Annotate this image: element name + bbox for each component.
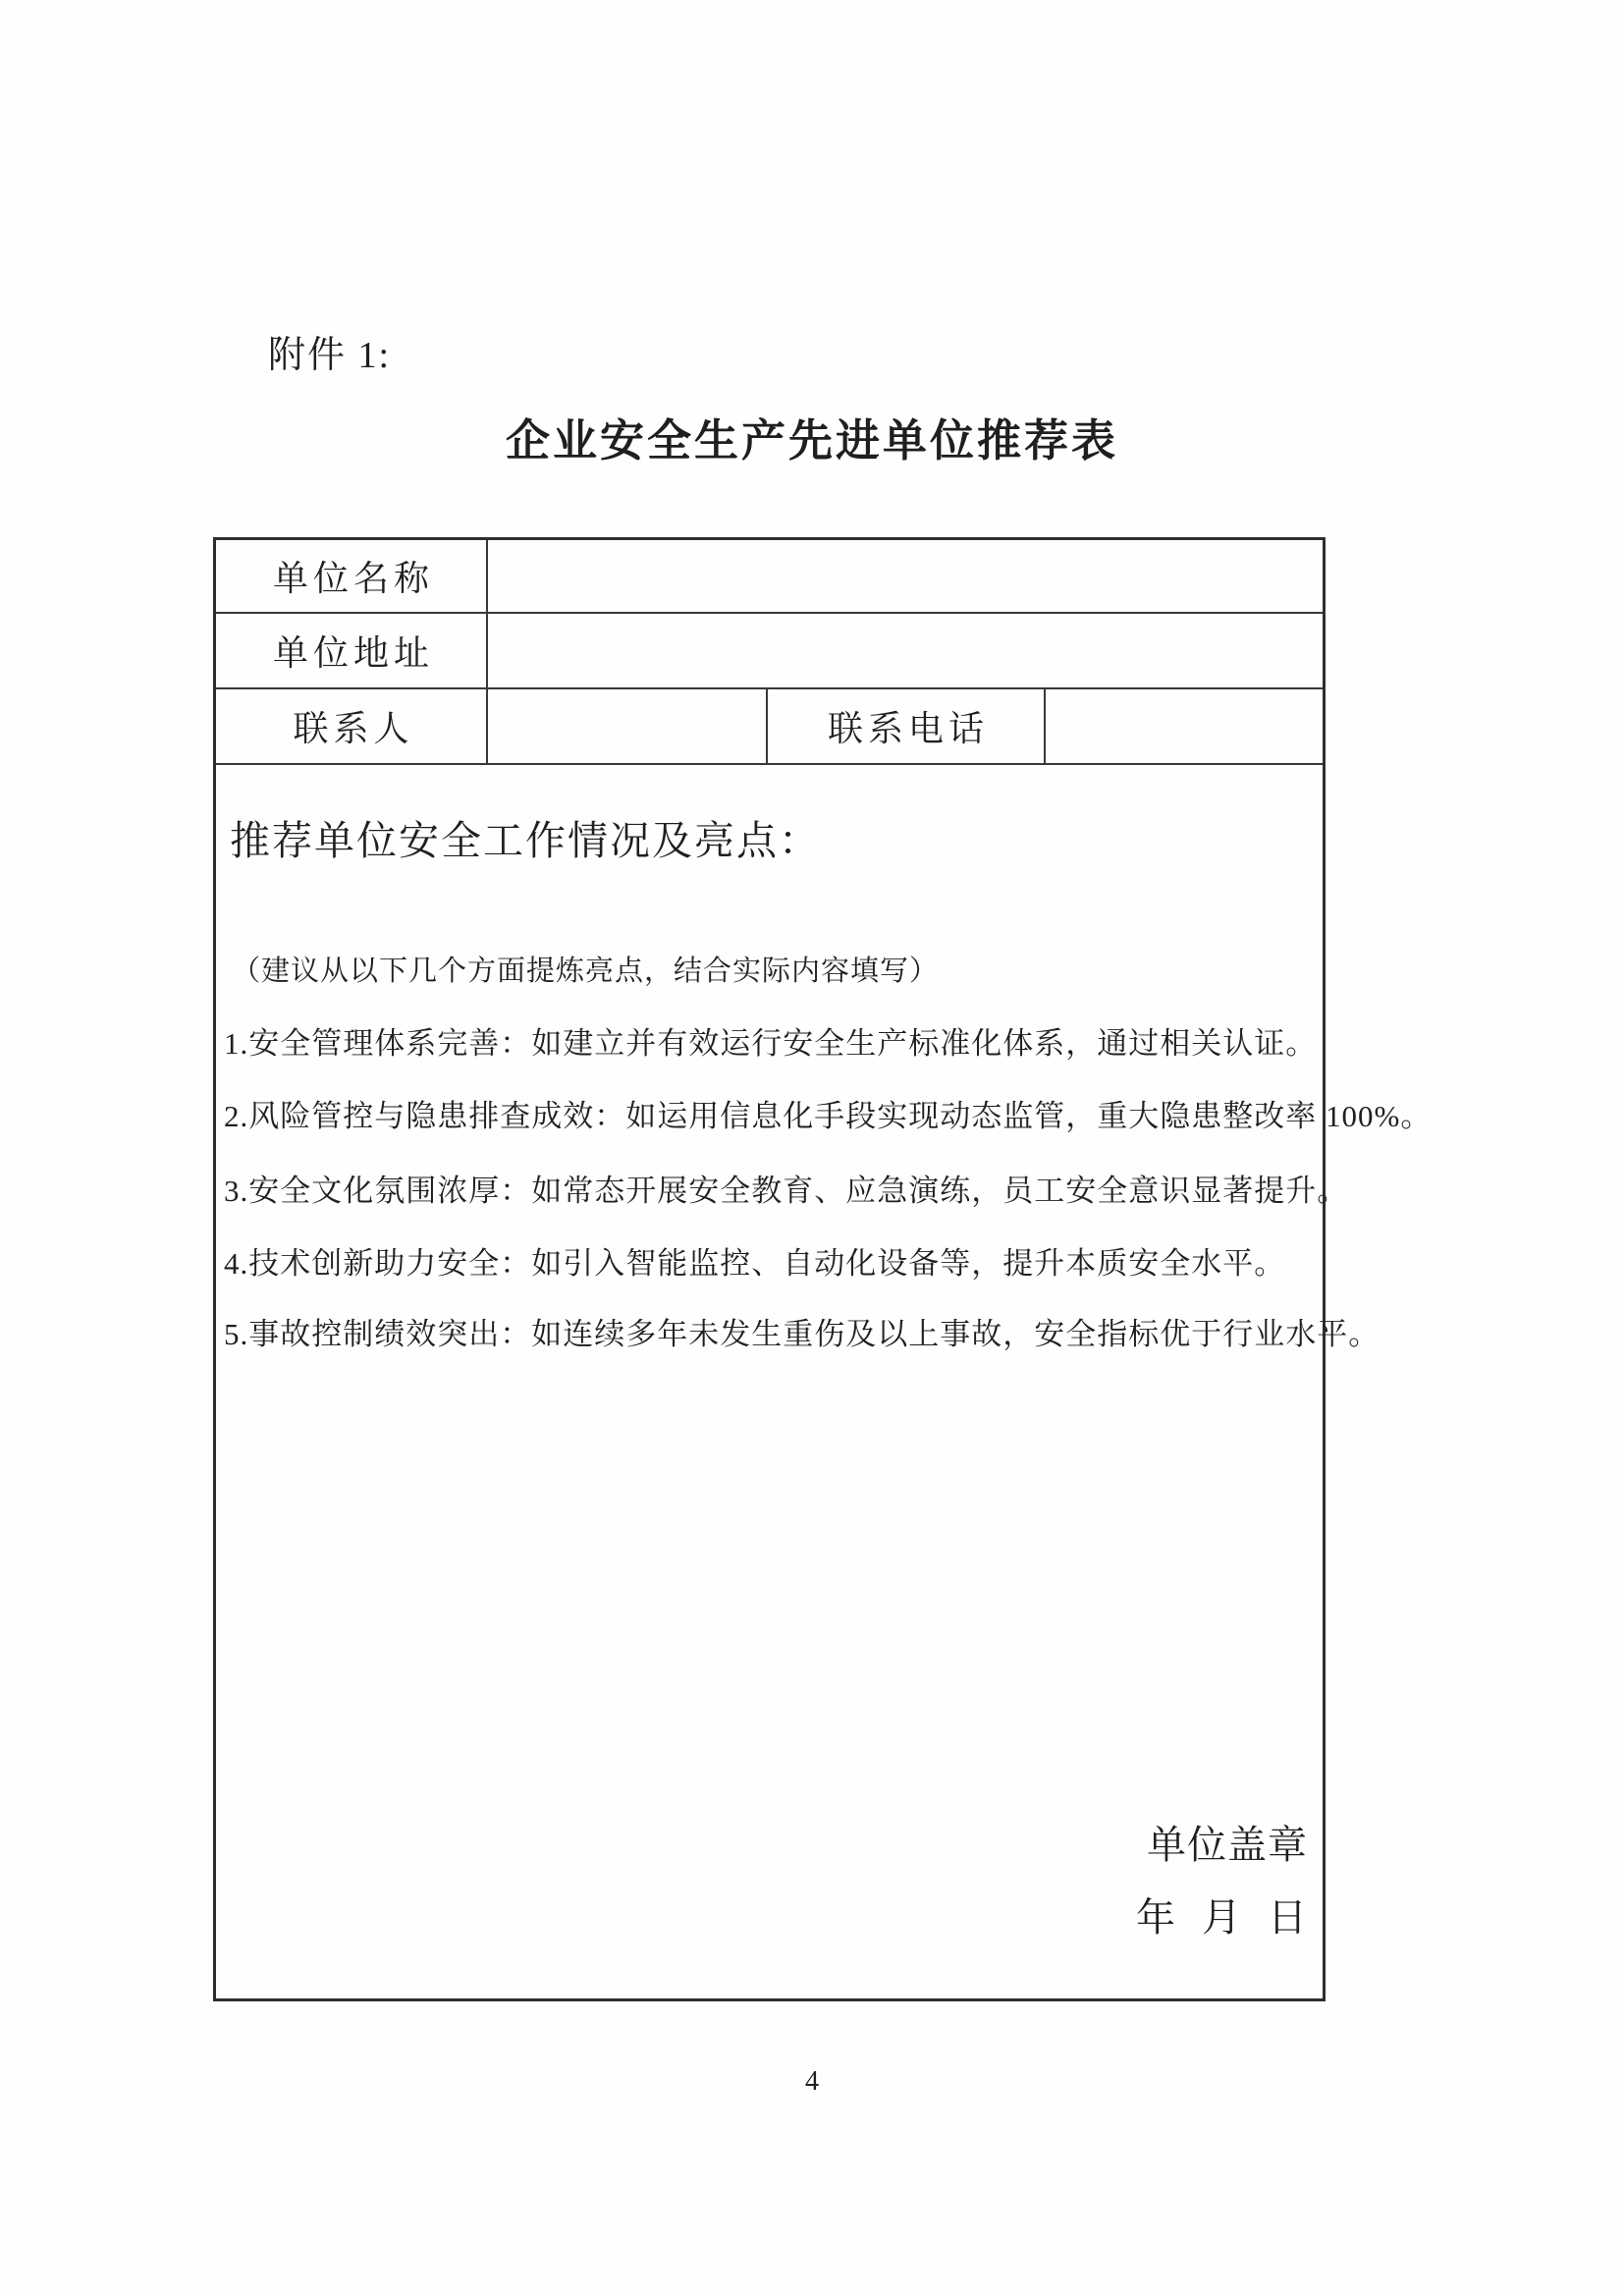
page-number: 4 — [0, 2066, 1624, 2098]
highlights-note: （建议从以下几个方面提炼亮点，结合实际内容填写） — [232, 954, 939, 991]
contact-row: 联系人 联系电话 — [216, 689, 1323, 765]
unit-address-label: 单位地址 — [216, 614, 488, 687]
contact-person-value-cell — [488, 689, 768, 763]
highlight-item-3: 3.安全文化氛围浓厚：如常态开展安全教育、应急演练，员工安全意识显著提升。 — [224, 1173, 1348, 1211]
highlights-heading: 推荐单位安全工作情况及亮点： — [230, 818, 821, 864]
highlight-item-2: 2.风险管控与隐患排查成效：如运用信息化手段实现动态监管，重大隐患整改率 100… — [224, 1098, 1432, 1136]
highlight-item-1: 1.安全管理体系完善：如建立并有效运行安全生产标准化体系，通过相关认证。 — [224, 1025, 1317, 1064]
unit-name-label: 单位名称 — [216, 540, 488, 612]
unit-address-row: 单位地址 — [216, 614, 1323, 689]
page-title: 企业安全生产先进单位推荐表 — [0, 405, 1624, 468]
unit-name-row: 单位名称 — [216, 540, 1323, 614]
highlights-cell: 推荐单位安全工作情况及亮点： （建议从以下几个方面提炼亮点，结合实际内容填写） … — [216, 765, 1323, 2004]
recommendation-form-table: 单位名称 单位地址 联系人 联系电话 推荐单位安全工作情况及亮点： （建议从以下… — [213, 537, 1326, 2001]
date-line: 年 月 日 — [1136, 1886, 1307, 1942]
unit-stamp-label: 单位盖章 — [1147, 1814, 1308, 1870]
contact-phone-value-cell — [1046, 689, 1323, 763]
contact-person-label: 联系人 — [216, 689, 488, 763]
unit-address-value-cell — [488, 614, 1323, 687]
contact-phone-label: 联系电话 — [768, 689, 1046, 763]
highlight-item-5: 5.事故控制绩效突出：如连续多年未发生重伤及以上事故，安全指标优于行业水平。 — [224, 1316, 1380, 1354]
attachment-label: 附件 1: — [268, 334, 391, 379]
unit-name-value-cell — [488, 540, 1323, 612]
highlight-item-4: 4.技术创新助力安全：如引入智能监控、自动化设备等，提升本质安全水平。 — [224, 1245, 1285, 1284]
document-page: 附件 1: 企业安全生产先进单位推荐表 单位名称 单位地址 联系人 联系电话 推… — [0, 0, 1624, 2296]
